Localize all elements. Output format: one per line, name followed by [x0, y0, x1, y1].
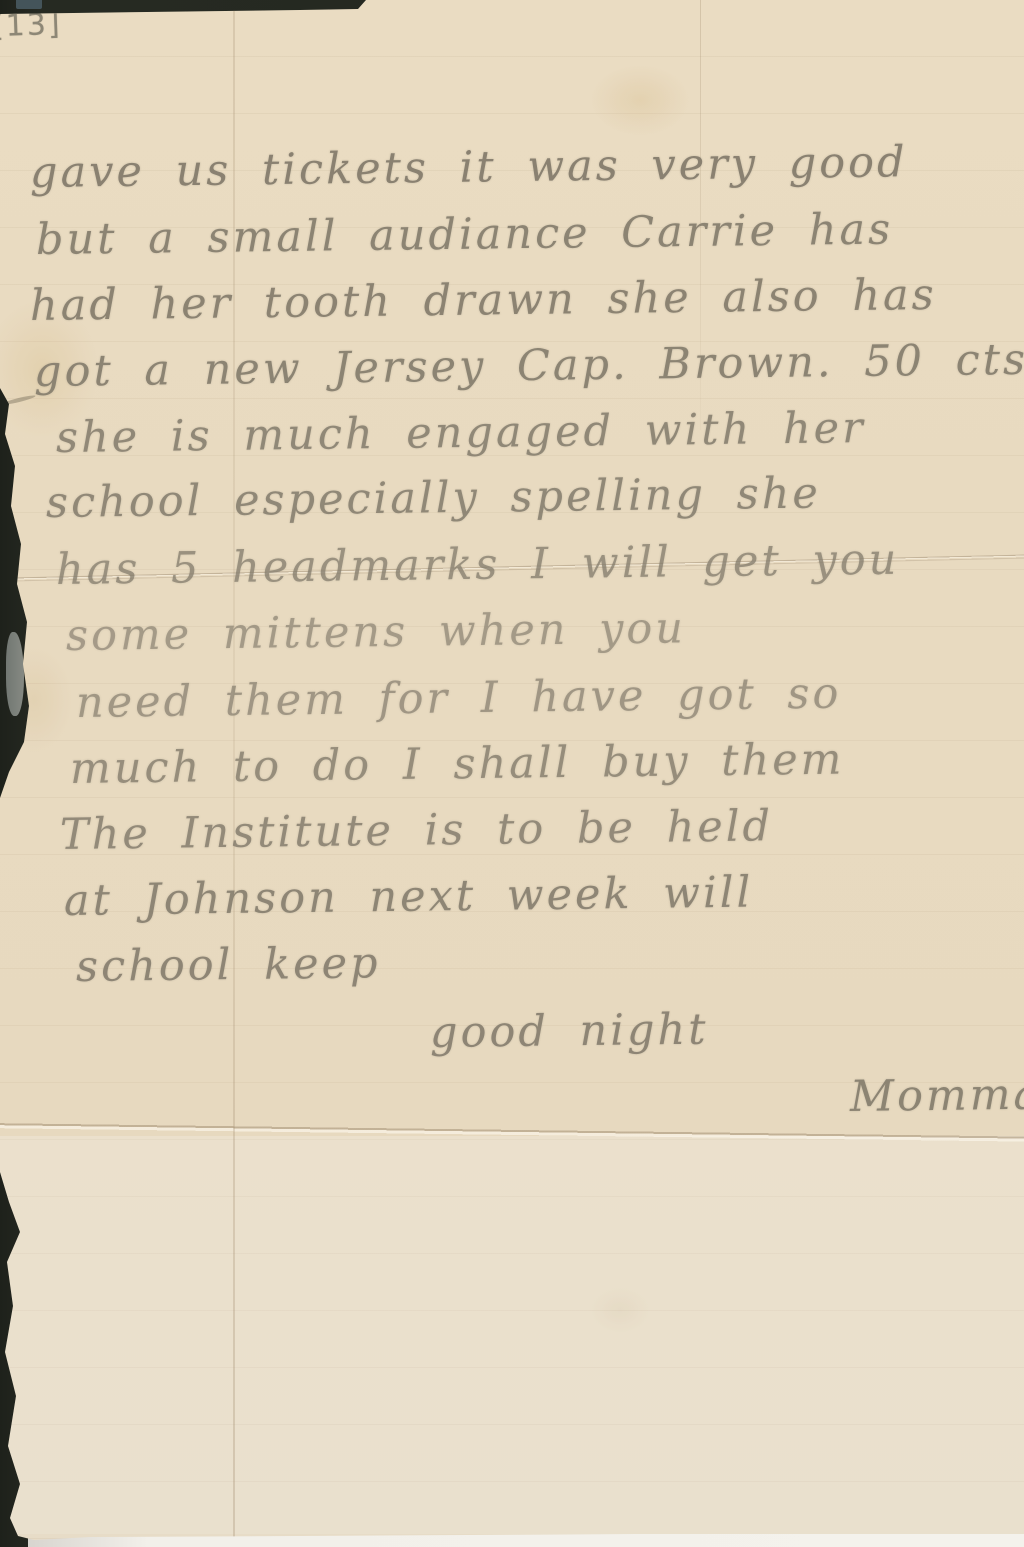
- letter-paper: [13] gave us tickets it was very good bu…: [0, 0, 1024, 1547]
- letter-line: school especially spelling she: [46, 469, 821, 528]
- letter-line: has 5 headmarks I will get you: [56, 535, 900, 595]
- letter-line: gave us tickets it was very good: [30, 137, 908, 198]
- paper-fragment-top: [16, 0, 42, 9]
- scanned-letter-page: [13] gave us tickets it was very good bu…: [0, 0, 1024, 1547]
- letter-line: The Institute is to be held: [60, 801, 774, 860]
- torn-under-fragment: [6, 632, 24, 716]
- letter-line: she is much engaged with her: [56, 403, 866, 463]
- letter-line: but a small audiance Carrie has: [36, 205, 894, 265]
- lower-fold-tone: [0, 1136, 1024, 1534]
- letter-line: much to do I shall buy them: [70, 735, 845, 794]
- letter-line: at Johnson next week will: [64, 868, 754, 926]
- letter-line: some mittens when you: [66, 603, 687, 661]
- page-number-annotation: [13]: [0, 7, 62, 44]
- letter-line: need them for I have got so: [76, 669, 842, 728]
- letter-signature: Momma: [850, 1070, 1024, 1122]
- letter-closing: good night: [430, 1005, 709, 1058]
- letter-line: school keep: [76, 938, 381, 992]
